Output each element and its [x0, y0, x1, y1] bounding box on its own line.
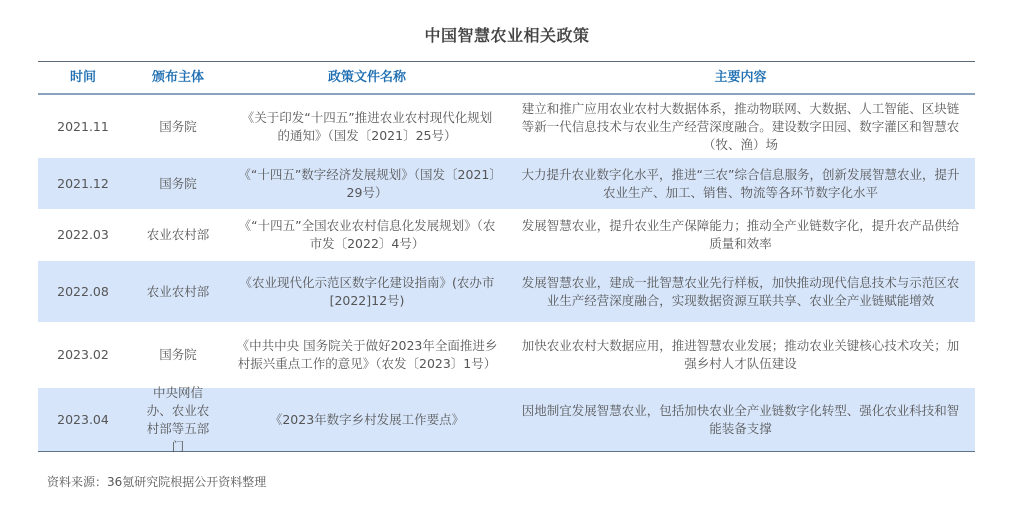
- cell-issuer: 国务院: [128, 118, 228, 136]
- table-row: 2022.03 农业农村部 《“十四五”全国农业农村信息化发展规划》（农市发〔2…: [38, 209, 975, 261]
- policy-table: 时间 颁布主体 政策文件名称 主要内容 2021.11 国务院 《关于印发“十四…: [38, 61, 975, 452]
- cell-issuer: 中央网信办、农业农村部等五部门: [128, 384, 228, 456]
- cell-document: 《“十四五”数字经济发展规划》（国发〔2021〕29号）: [228, 166, 506, 202]
- cell-issuer: 国务院: [128, 175, 228, 193]
- cell-time: 2023.04: [38, 411, 128, 429]
- cell-document: 《2023年数字乡村发展工作要点》: [228, 411, 506, 429]
- cell-content: 加快农业农村大数据应用，推进智慧农业发展；推动农业关键核心技术攻关；加强乡村人才…: [506, 337, 975, 373]
- source-note: 资料来源：36氪研究院根据公开资料整理: [47, 473, 266, 490]
- header-document: 政策文件名称: [228, 69, 506, 87]
- cell-content: 发展智慧农业，提升农业生产保障能力；推动全产业链数字化，提升农产品供给质量和效率: [506, 217, 975, 253]
- table-row: 2021.11 国务院 《关于印发“十四五”推进农业农村现代化规划的通知》（国发…: [38, 95, 975, 158]
- cell-time: 2023.02: [38, 346, 128, 364]
- cell-document: 《关于印发“十四五”推进农业农村现代化规划的通知》（国发〔2021〕25号）: [228, 109, 506, 145]
- cell-document: 《农业现代化示范区数字化建设指南》(农办市[2022]12号): [228, 274, 506, 310]
- cell-time: 2021.12: [38, 175, 128, 193]
- cell-document: 《中共中央 国务院关于做好2023年全面推进乡村振兴重点工作的意见》（农发〔20…: [228, 337, 506, 373]
- table-row: 2021.12 国务院 《“十四五”数字经济发展规划》（国发〔2021〕29号）…: [38, 158, 975, 209]
- cell-content: 大力提升农业数字化水平，推进“三农”综合信息服务，创新发展智慧农业，提升农业生产…: [506, 166, 975, 202]
- table-row: 2022.08 农业农村部 《农业现代化示范区数字化建设指南》(农办市[2022…: [38, 261, 975, 322]
- cell-time: 2021.11: [38, 118, 128, 136]
- cell-issuer: 农业农村部: [128, 226, 228, 244]
- table-row: 2023.04 中央网信办、农业农村部等五部门 《2023年数字乡村发展工作要点…: [38, 388, 975, 451]
- cell-issuer: 农业农村部: [128, 283, 228, 301]
- cell-content: 发展智慧农业，建成一批智慧农业先行样板，加快推动现代信息技术与示范区农业生产经营…: [506, 274, 975, 310]
- header-content: 主要内容: [506, 69, 975, 87]
- header-issuer: 颁布主体: [128, 69, 228, 87]
- page-title: 中国智慧农业相关政策: [0, 23, 1014, 46]
- cell-document: 《“十四五”全国农业农村信息化发展规划》（农市发〔2022〕4号）: [228, 217, 506, 253]
- cell-content: 建立和推广应用农业农村大数据体系，推动物联网、大数据、人工智能、区块链等新一代信…: [506, 100, 975, 154]
- table-header: 时间 颁布主体 政策文件名称 主要内容: [38, 62, 975, 95]
- cell-time: 2022.08: [38, 283, 128, 301]
- cell-content: 因地制宜发展智慧农业，包括加快农业全产业链数字化转型、强化农业科技和智能装备支撑: [506, 402, 975, 438]
- cell-time: 2022.03: [38, 226, 128, 244]
- header-time: 时间: [38, 69, 128, 87]
- cell-issuer: 国务院: [128, 346, 228, 364]
- table-row: 2023.02 国务院 《中共中央 国务院关于做好2023年全面推进乡村振兴重点…: [38, 322, 975, 388]
